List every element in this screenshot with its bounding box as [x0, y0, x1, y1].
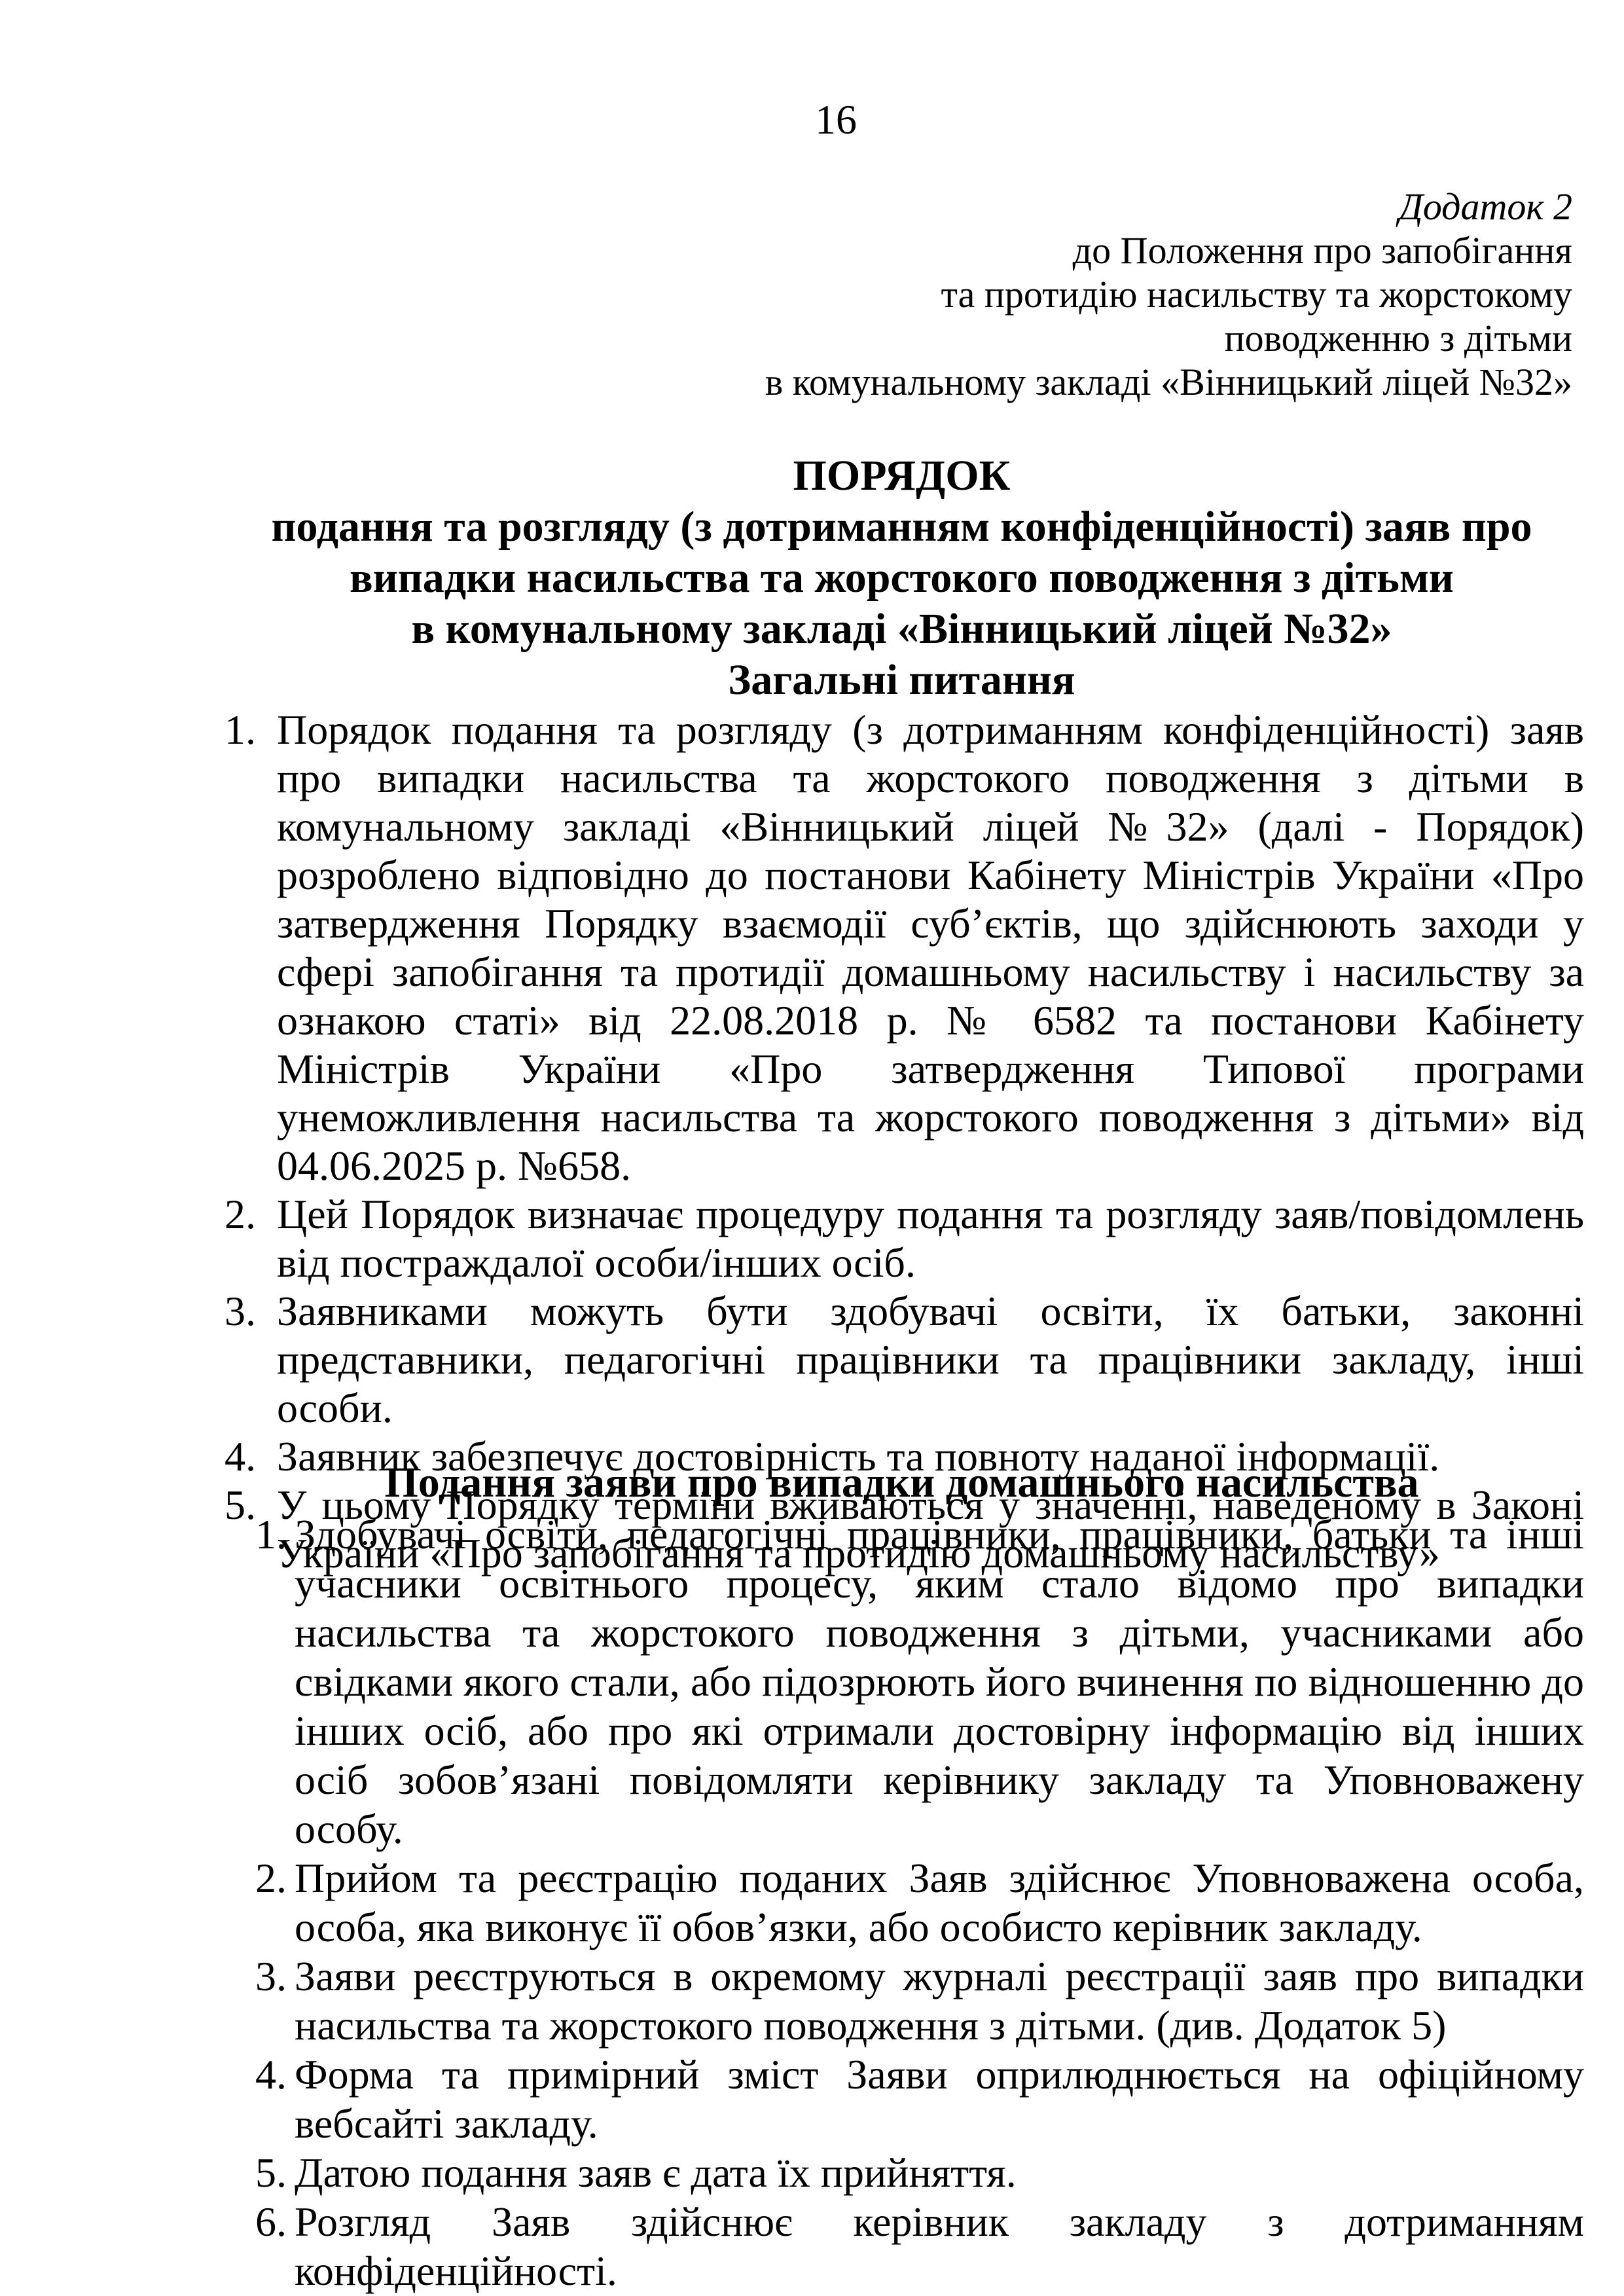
list-item-text: Порядок подання та розгляду (з дотриманн… — [277, 706, 1584, 1189]
list-item-text: Розгляд Заяв здійснює керівник закладу з… — [295, 2198, 1584, 2294]
appendix-line: в комунальному закладі «Вінницький ліцей… — [99, 360, 1572, 404]
list-item-number: 1. — [225, 706, 277, 754]
list-item: 1.Здобувачі освіти, педагогічні працівни… — [99, 1510, 1584, 1853]
general-questions-list: 1.Порядок подання та розгляду (з дотрима… — [99, 706, 1584, 1578]
list-item: 2.Цей Порядок визначає процедуру подання… — [99, 1190, 1584, 1287]
title-line: подання та розгляду (з дотриманням конфі… — [225, 501, 1579, 553]
document-title: ПОРЯДОК подання та розгляду (з дотриманн… — [225, 450, 1579, 706]
document-page: 16 Додаток 2 до Положення про запобіганн… — [0, 0, 1624, 2296]
appendix-label: Додаток 2 — [99, 185, 1572, 228]
title-line: ПОРЯДОК — [225, 450, 1579, 501]
title-line: випадки насильства та жорстокого поводже… — [225, 553, 1579, 604]
list-item-number: 6. — [255, 2197, 295, 2246]
appendix-reference-block: Додаток 2 до Положення про запобігання т… — [99, 185, 1572, 404]
list-item: 3.Заяви реєструються в окремому журналі … — [99, 1952, 1584, 2050]
list-item: 4.Форма та примірний зміст Заяви оприлюд… — [99, 2050, 1584, 2148]
list-item-text: Цей Порядок визначає процедуру подання т… — [277, 1191, 1584, 1286]
section-heading-general: Загальні питання — [225, 655, 1579, 706]
page-number: 16 — [99, 97, 1572, 143]
list-item: 5.Датою подання заяв є дата їх прийняття… — [99, 2148, 1584, 2197]
list-item: 2.Прийом та реєстрацію поданих Заяв здій… — [99, 1853, 1584, 1952]
appendix-line: та протидію насильству та жорстокому — [99, 272, 1572, 316]
submission-procedure-list: 1.Здобувачі освіти, педагогічні працівни… — [99, 1510, 1584, 2295]
appendix-line: поводженню з дітьми — [99, 316, 1572, 360]
list-item: 3.Заявниками можуть бути здобувачі освіт… — [99, 1287, 1584, 1432]
list-item-number: 5. — [255, 2148, 295, 2197]
title-line: в комунальному закладі «Вінницький ліцей… — [225, 604, 1579, 655]
list-item-text: Здобувачі освіти, педагогічні працівники… — [295, 1511, 1584, 1852]
list-item: 6.Розгляд Заяв здійснює керівник закладу… — [99, 2197, 1584, 2295]
list-item: 1.Порядок подання та розгляду (з дотрима… — [99, 706, 1584, 1190]
list-item-text: Заявниками можуть бути здобувачі освіти,… — [277, 1288, 1584, 1431]
list-item-text: Датою подання заяв є дата їх прийняття. — [295, 2149, 1017, 2196]
list-item-number: 2. — [225, 1190, 277, 1239]
list-item-number: 3. — [255, 1952, 295, 2001]
list-item-number: 2. — [255, 1853, 295, 1903]
list-item-text: Прийом та реєстрацію поданих Заяв здійсн… — [295, 1855, 1584, 1950]
list-item-text: Заяви реєструються в окремому журналі ре… — [295, 1953, 1584, 2049]
list-item-number: 1. — [255, 1510, 295, 1559]
list-item-number: 4. — [255, 2050, 295, 2099]
section-heading-submission: Подання заяви про випадки домашнього нас… — [225, 1457, 1579, 1508]
appendix-line: до Положення про запобігання — [99, 228, 1572, 272]
list-item-number: 3. — [225, 1287, 277, 1336]
list-item-text: Форма та примірний зміст Заяви оприлюдню… — [295, 2051, 1584, 2147]
